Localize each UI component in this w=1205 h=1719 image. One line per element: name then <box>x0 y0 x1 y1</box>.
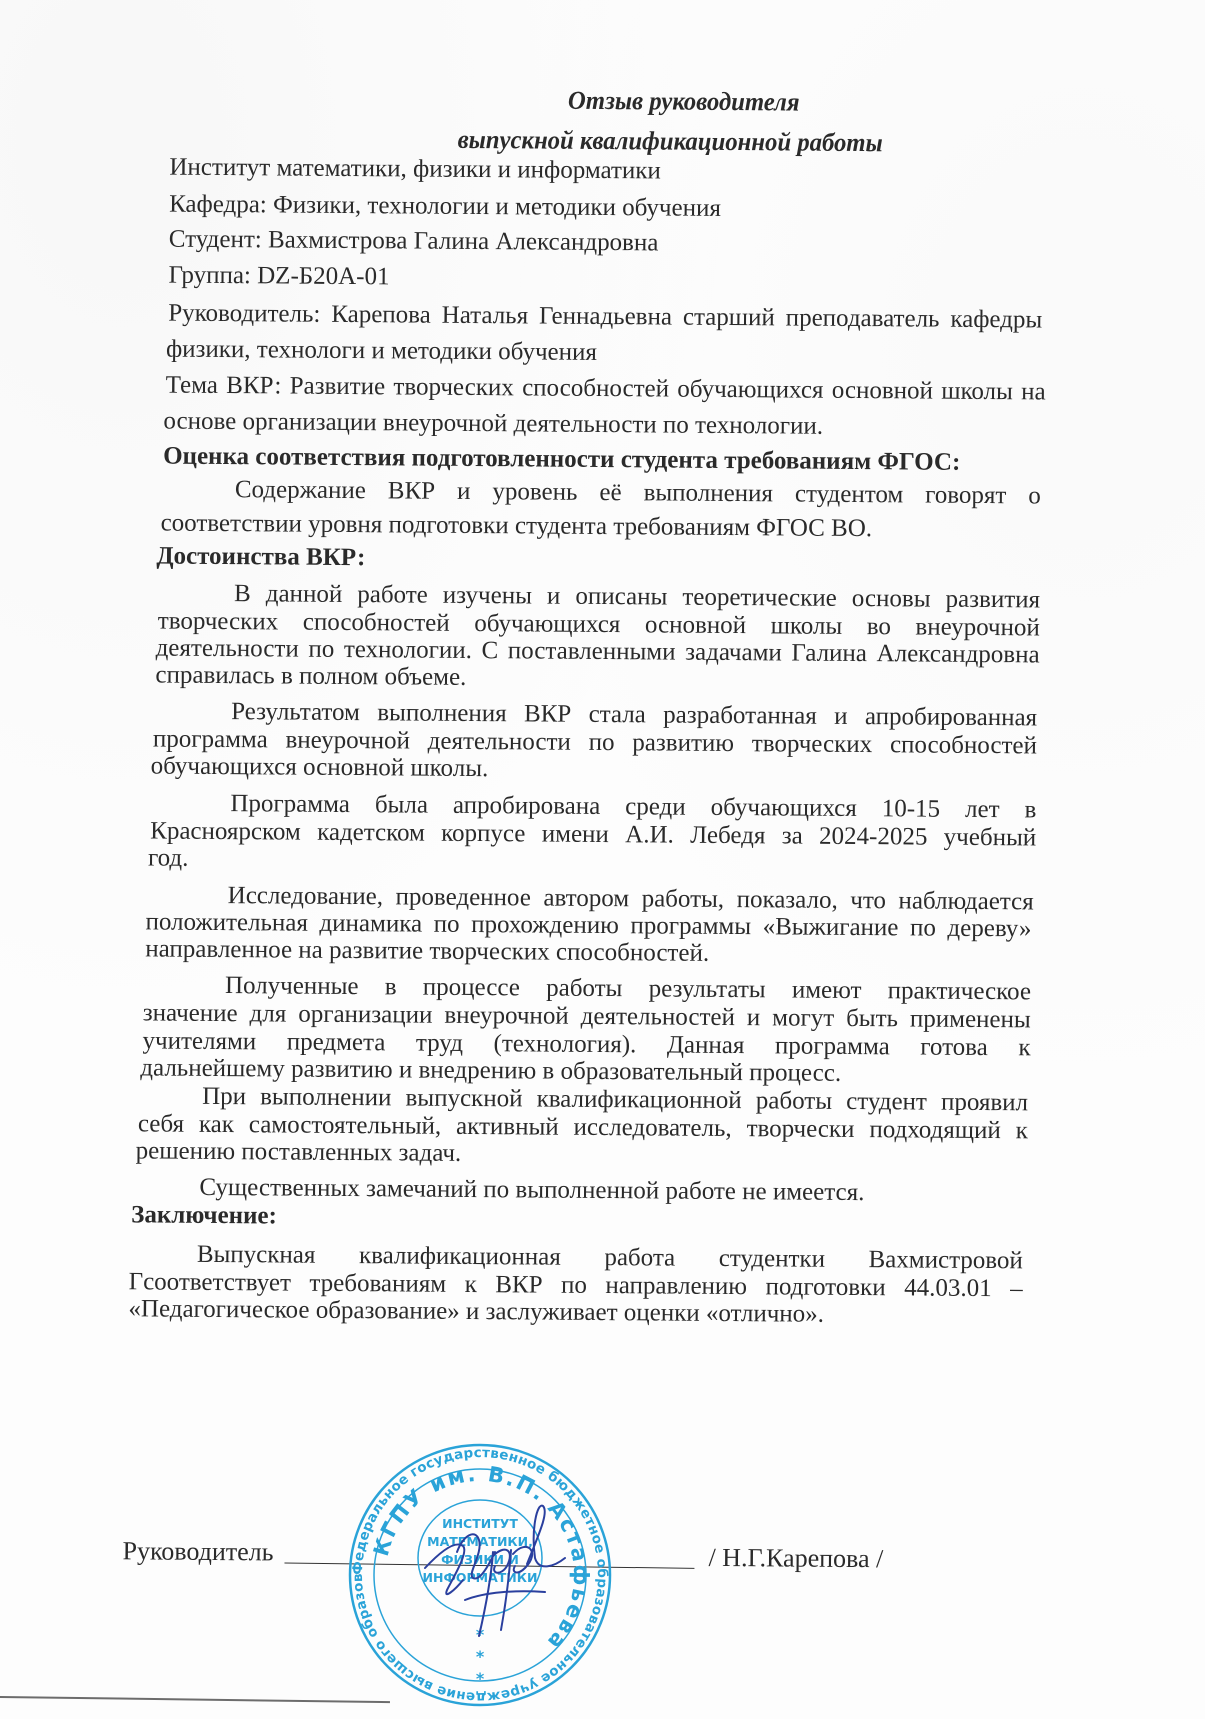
merits-p3-line-2: Красноярском кадетском корпусе имени А.И… <box>150 816 1036 853</box>
supervisor-line-1: Руководитель: Карепова Наталья Геннадьев… <box>168 299 1042 336</box>
topic-line-1: Тема ВКР: Развитие творческих способност… <box>166 371 1046 408</box>
official-stamp-icon: Федеральное государственное бюджетное об… <box>345 1440 615 1710</box>
section-heading-fgos: Оценка соответствия подготовленности сту… <box>163 442 960 478</box>
merits-p2-line-3: обучающихся основной школы. <box>151 751 489 784</box>
section-heading-conclusion: Заключение: <box>131 1200 277 1231</box>
merits-p4-line-3: направленное на развитие творческих спос… <box>145 934 709 968</box>
topic-line-2: основе организации внеурочной деятельнос… <box>163 407 823 442</box>
svg-text:*: * <box>476 1669 485 1688</box>
title-line-1: Отзыв руководителя <box>568 86 800 118</box>
supervisor-line-2: физики, технологи и методики обучения <box>166 335 597 368</box>
merits-p3-line-3: год. <box>148 843 189 873</box>
student: Студент: Вахмистрова Галина Александровн… <box>169 225 659 259</box>
svg-text:*: * <box>476 1647 485 1666</box>
title-line-2: выпускной квалификационной работы <box>458 125 883 158</box>
merits-p7-line-1: Существенных замечаний по выполненной ра… <box>199 1173 864 1208</box>
merits-p6-line-3: решению поставленных задач. <box>136 1136 462 1169</box>
stamp-center-line-1: ИНСТИТУТ <box>442 1516 518 1531</box>
merits-p1-line-4: справилась в полном объеме. <box>155 661 466 693</box>
signature-label: Руководитель <box>122 1536 273 1567</box>
fgos-line-2: соответствии уровня подготовки студента … <box>161 509 873 545</box>
group: Группа: DZ-Б20А-01 <box>168 261 389 293</box>
department: Кафедра: Физики, технологии и методики о… <box>169 190 721 224</box>
document-page: Отзыв руководителя выпускной квалификаци… <box>0 0 1205 1719</box>
conclusion-line-3: «Педагогическое образование» и заслужива… <box>128 1294 824 1329</box>
section-heading-merits: Достоинства ВКР: <box>156 542 365 574</box>
fgos-line-1: Содержание ВКР и уровень её выполнения с… <box>235 475 1041 511</box>
institute: Институт математики, физики и информатик… <box>169 153 661 187</box>
signature-name: / Н.Г.Карепова / <box>708 1543 883 1574</box>
